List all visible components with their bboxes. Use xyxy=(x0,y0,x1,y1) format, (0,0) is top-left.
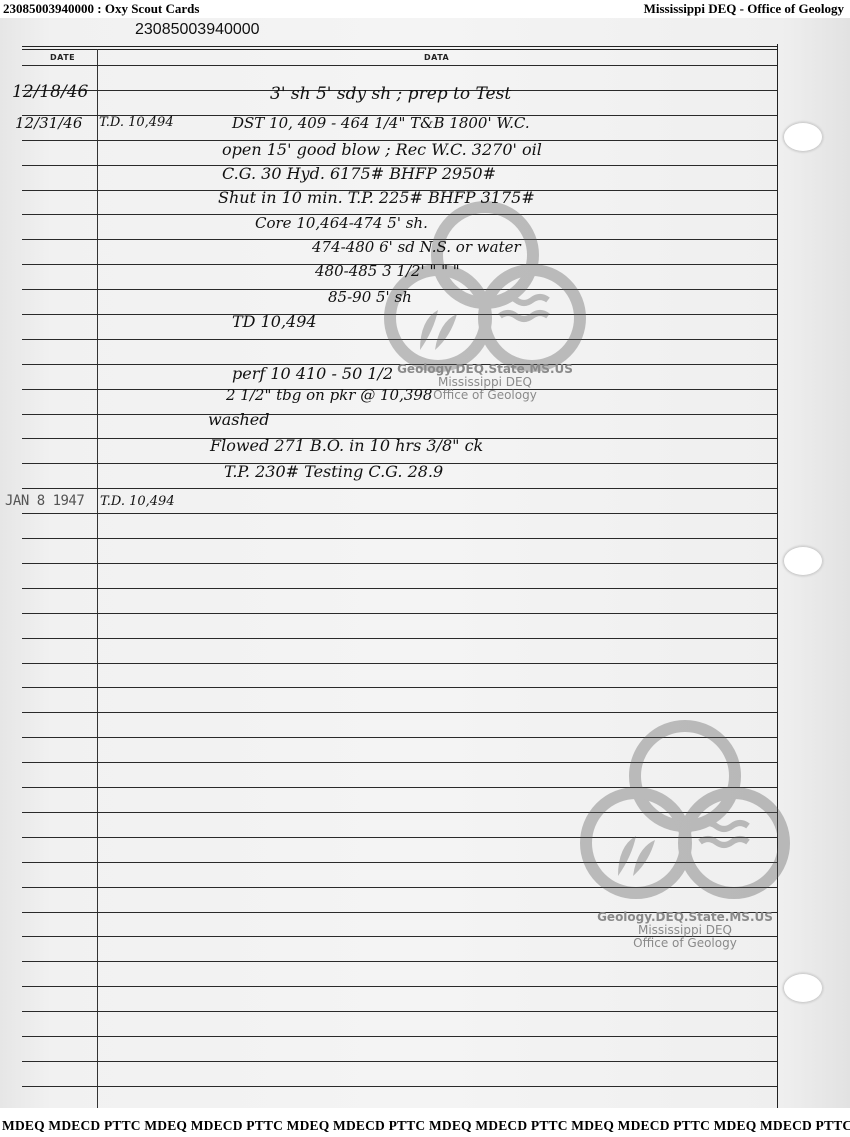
entry-text: DST 10, 409 - 464 1/4" T&B 1800' W.C. xyxy=(232,114,530,132)
header-rule xyxy=(22,46,777,47)
ruled-line xyxy=(22,538,777,539)
date-stamp: JAN 8 1947 xyxy=(5,493,84,509)
entry-text: 474-480 6' sd N.S. or water xyxy=(312,238,521,256)
data-column-header: DATA xyxy=(424,53,449,62)
ruled-line xyxy=(22,961,777,962)
entry-text: 3' sh 5' sdy sh ; prep to Test xyxy=(270,84,511,104)
mdeq-logo-watermark-icon xyxy=(580,718,790,908)
entry-text: TD 10,494 xyxy=(232,312,317,331)
document-title: 23085003940000 : Oxy Scout Cards xyxy=(3,1,199,17)
scout-card: 23085003940000 DATE DATA Geology.DEQ.Sta… xyxy=(0,18,850,1108)
ruled-line xyxy=(22,65,777,66)
entry-text: Core 10,464-474 5' sh. xyxy=(255,214,428,232)
ruled-line xyxy=(22,1036,777,1037)
total-depth-text: T.D. 10,494 xyxy=(99,115,174,130)
punch-hole xyxy=(783,973,823,1003)
entry-text: open 15' good blow ; Rec W.C. 3270' oil xyxy=(222,140,542,159)
punch-hole xyxy=(783,546,823,576)
entry-text: Flowed 271 B.O. in 10 hrs 3/8" ck xyxy=(210,436,483,455)
ruled-line xyxy=(22,663,777,664)
total-depth-text: T.D. 10,494 xyxy=(100,494,175,509)
entry-text: 480-485 3 1/2' " " " xyxy=(315,262,460,280)
ruled-line xyxy=(22,513,777,514)
entry-text: perf 10 410 - 50 1/2 xyxy=(232,364,393,383)
ruled-line xyxy=(22,588,777,589)
entry-text: C.G. 30 Hyd. 6175# BHFP 2950# xyxy=(222,164,496,183)
title-bar: 23085003940000 : Oxy Scout Cards Mississ… xyxy=(0,0,850,18)
header-rule xyxy=(22,49,777,50)
entry-text: 2 1/2" tbg on pkr @ 10,398 xyxy=(226,386,432,404)
ruled-line xyxy=(22,488,777,489)
entry-text: T.P. 230# Testing C.G. 28.9 xyxy=(224,462,443,481)
ruled-line xyxy=(22,986,777,987)
ruled-line xyxy=(22,687,777,688)
card-id-number: 23085003940000 xyxy=(135,21,260,39)
footer-banner: MDEQ MDECD PTTC MDEQ MDECD PTTC MDEQ MDE… xyxy=(0,1116,850,1137)
entry-text: 85-90 5' sh xyxy=(328,288,412,306)
date-column-divider xyxy=(97,49,98,1108)
ruled-line xyxy=(22,613,777,614)
ruled-line xyxy=(22,638,777,639)
agency-title: Mississippi DEQ - Office of Geology xyxy=(644,1,844,17)
entry-date: 12/18/46 xyxy=(12,82,88,102)
ruled-line xyxy=(22,1061,777,1062)
date-column-header: DATE xyxy=(50,53,75,62)
footer-agencies: MDEQ MDECD PTTC MDEQ MDECD PTTC MDEQ MDE… xyxy=(2,1118,850,1134)
punch-hole xyxy=(783,122,823,152)
ruled-line xyxy=(22,1086,777,1087)
ruled-line xyxy=(22,712,777,713)
entry-text: washed xyxy=(208,410,269,429)
ruled-line xyxy=(22,414,777,415)
entry-text: Shut in 10 min. T.P. 225# BHFP 3175# xyxy=(218,188,535,207)
entry-date: 12/31/46 xyxy=(15,114,82,132)
ruled-line xyxy=(22,563,777,564)
watermark-text: Geology.DEQ.State.MS.US Mississippi DEQ … xyxy=(580,911,790,950)
ruled-line xyxy=(22,1011,777,1012)
watermark-office: Office of Geology xyxy=(580,937,790,950)
